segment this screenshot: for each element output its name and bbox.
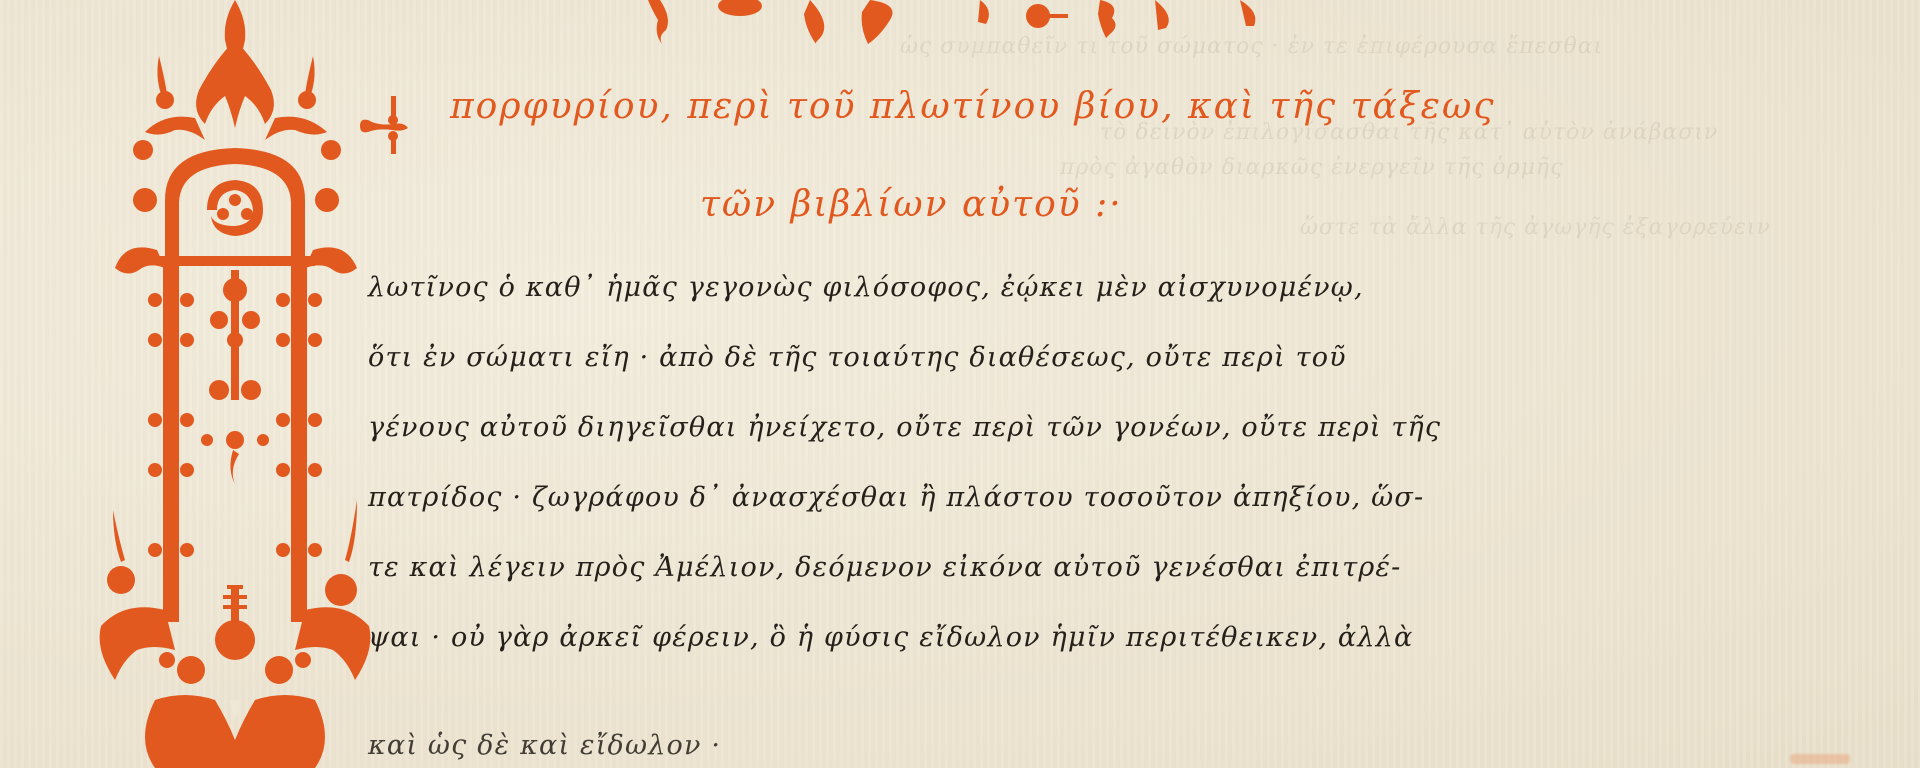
rubric-cross-mark-icon: [358, 88, 418, 158]
bleed-through-text: ὥστε τὰ ἄλλα τῆς ἀγωγῆς ἐξαγορεύειν: [1300, 215, 1771, 240]
text-line: ὅτι ἐν σώματι εἴη · ἀπὸ δὲ τῆς τοιαύτης …: [368, 342, 1347, 373]
floral-ornament-band-icon: [600, 0, 1300, 45]
text-line: λωτῖνος ὁ καθ᾽ ἡμᾶς γεγονὼς φιλόσοφος, ἐ…: [368, 272, 1364, 303]
text-line: πατρίδος · ζωγράφου δ᾽ ἀνασχέσθαι ἢ πλάσ…: [368, 482, 1424, 513]
rubric-title-line-1: πορφυρίου, περὶ τοῦ πλωτίνου βίου, καὶ τ…: [450, 86, 1496, 127]
text-line-partial: καὶ ὡς δὲ καὶ εἴδωλον ·: [368, 730, 721, 761]
corner-stain: [1790, 754, 1850, 764]
rubric-title-line-2: τῶν βιβλίων αὐτοῦ :·: [700, 184, 1123, 225]
text-line: ψαι · οὐ γὰρ ἀρκεῖ φέρειν, ὃ ἡ φύσις εἴδ…: [368, 622, 1413, 653]
text-line: τε καὶ λέγειν πρὸς Ἀμέλιον, δεόμενον εἰκ…: [368, 552, 1401, 583]
text-line: γένους αὐτοῦ διηγεῖσθαι ἠνείχετο, οὔτε π…: [368, 412, 1441, 443]
bleed-through-text: πρὸς ἀγαθὸν διαρκῶς ἐνεργεῖν τῆς ὁρμῆς: [1060, 155, 1564, 180]
manuscript-page: ὡς συμπαθεῖν τι τοῦ σώματος · ἐν τε ἐπιφ…: [0, 0, 1920, 768]
decorated-initial-icon: [95, 0, 385, 768]
